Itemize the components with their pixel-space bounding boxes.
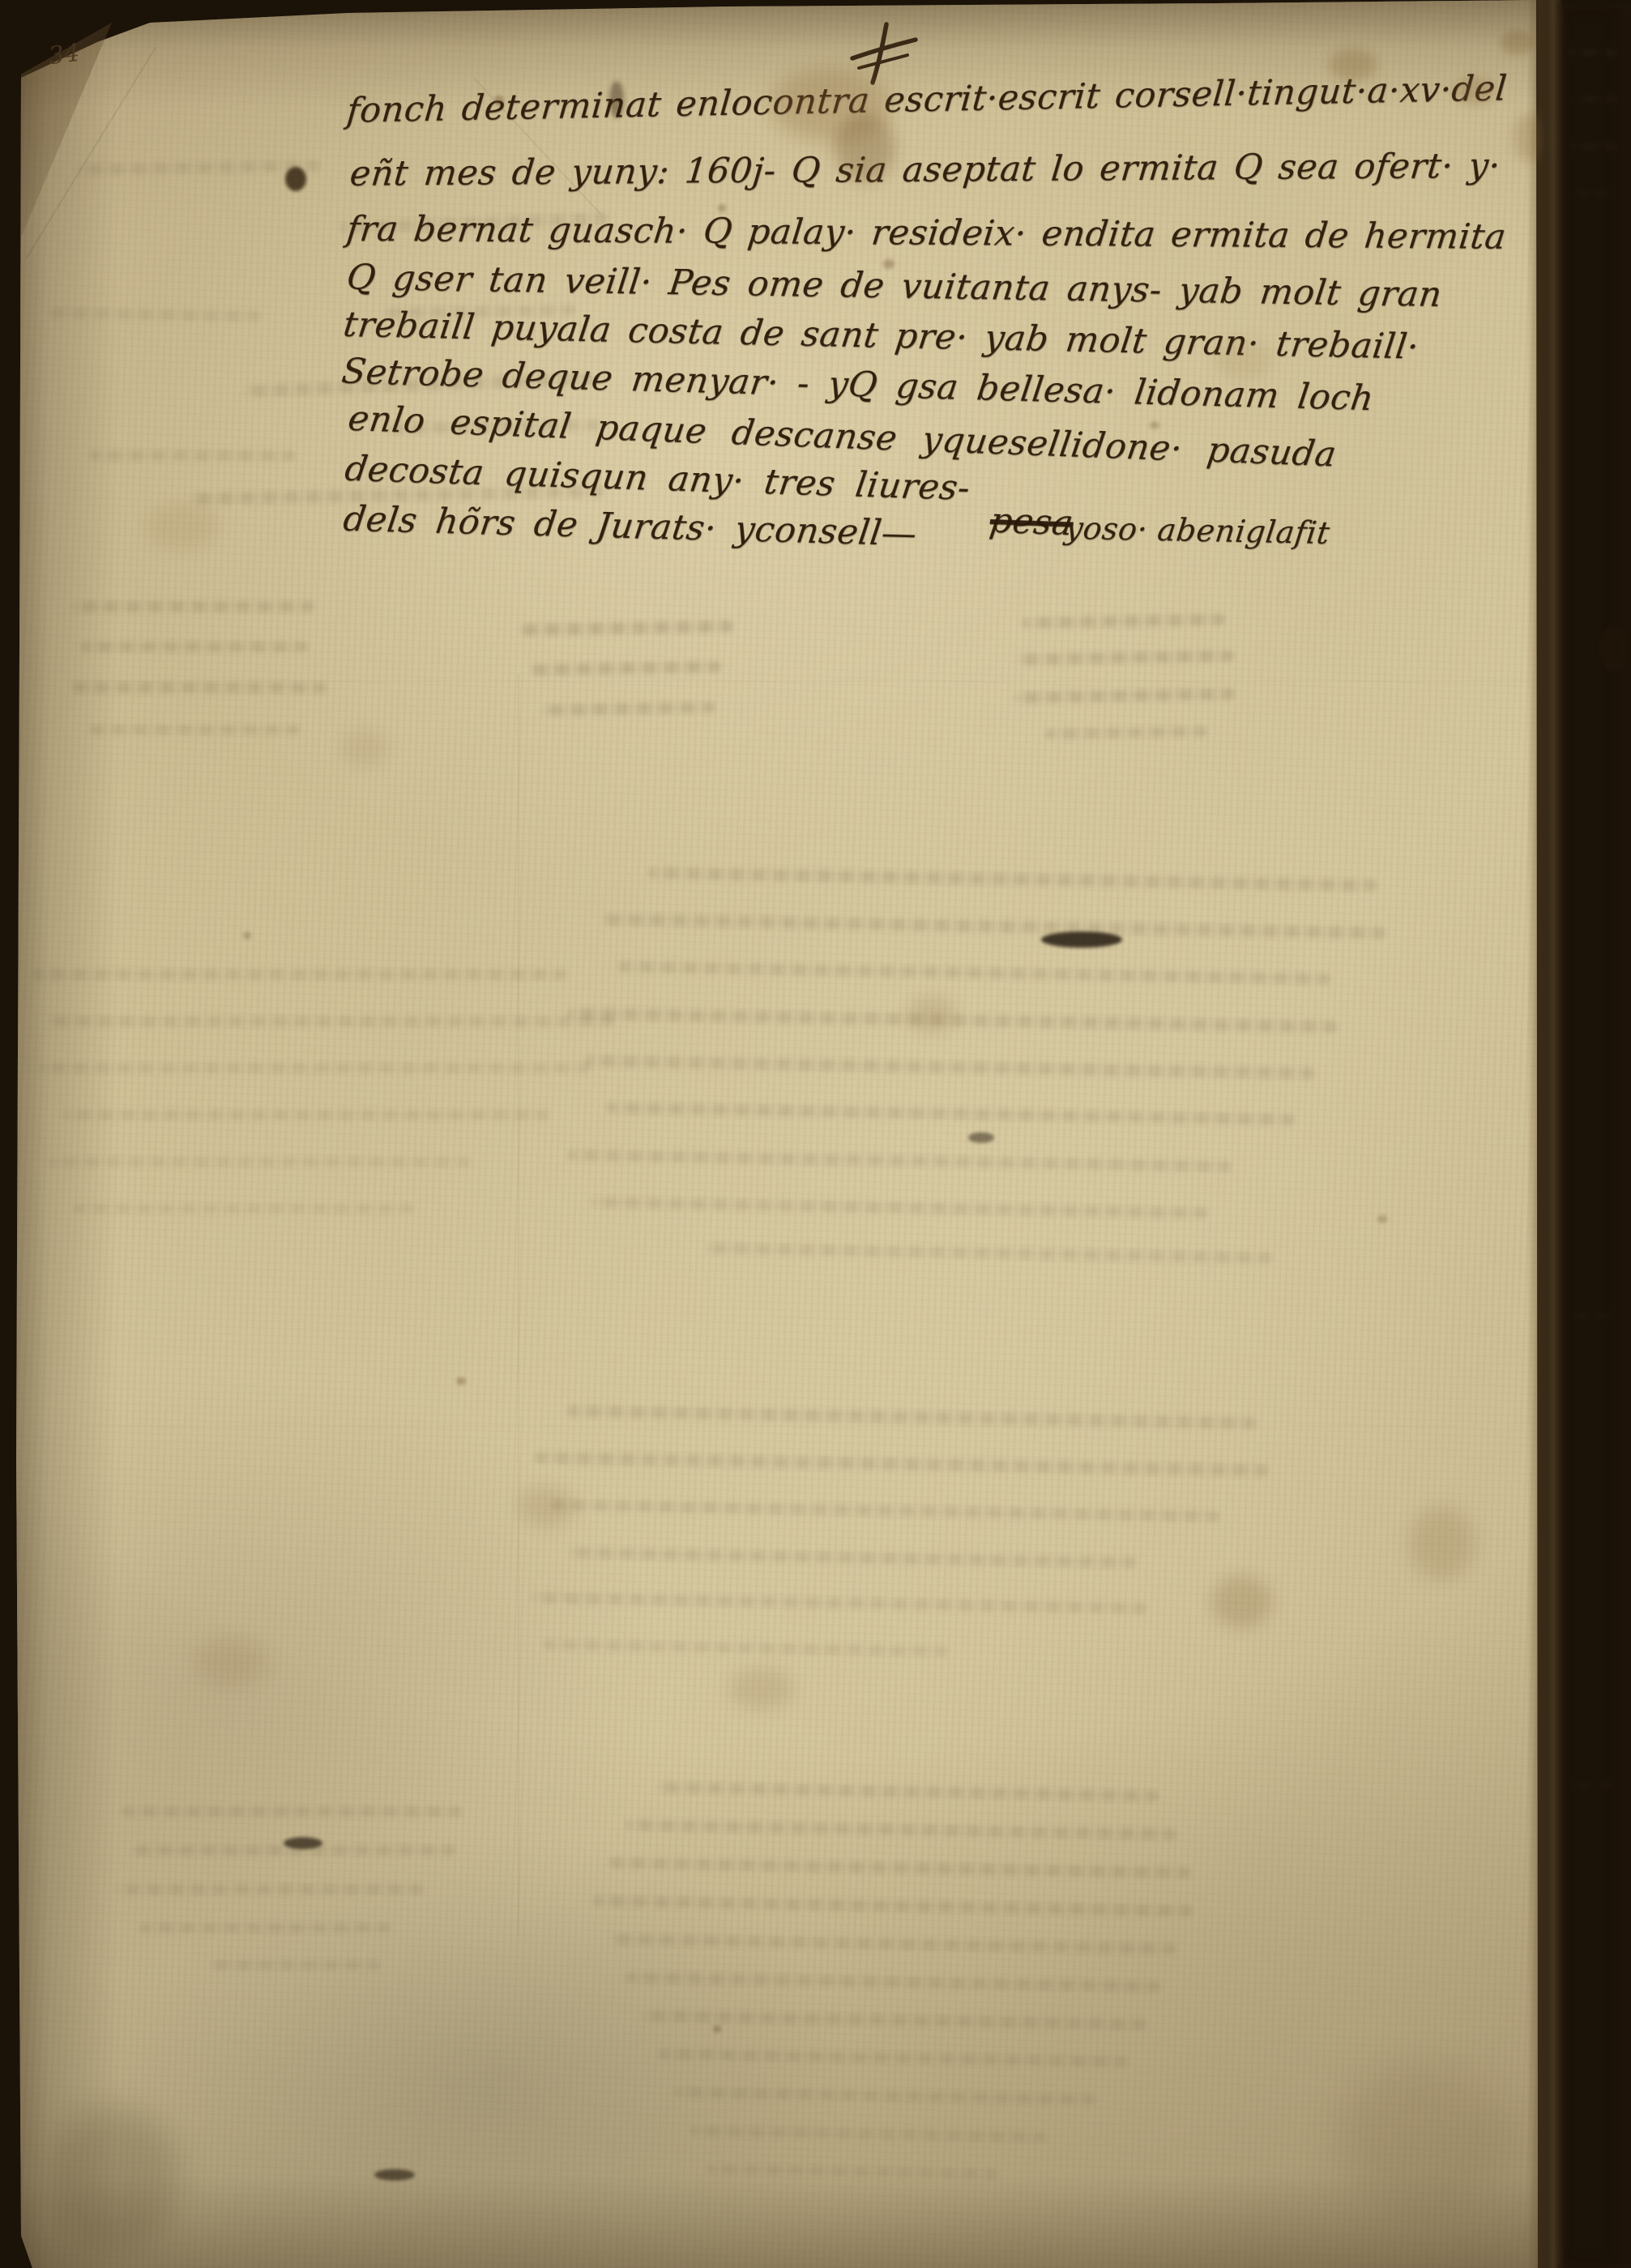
bleedthrough-line <box>81 642 308 652</box>
folio-number: 34 <box>47 39 81 70</box>
stain <box>1410 1507 1475 1579</box>
stain <box>729 1669 794 1709</box>
stain <box>146 502 219 551</box>
stain <box>340 729 389 765</box>
closing-signature: yoso· abeniglafit <box>1063 510 1332 551</box>
stain <box>1337 2065 1515 2211</box>
stain <box>284 1837 322 1849</box>
stain <box>907 996 956 1033</box>
bleedthrough-line <box>49 1157 470 1167</box>
bleedthrough-line <box>47 1016 614 1027</box>
stain <box>1041 932 1122 948</box>
bleedthrough-line <box>32 969 567 980</box>
stain <box>1215 340 1272 381</box>
bleedthrough-line <box>89 450 296 461</box>
stain <box>194 1636 267 1685</box>
stain <box>1211 1575 1272 1628</box>
stain <box>49 2106 178 2252</box>
stain <box>1377 1215 1387 1223</box>
stain <box>713 2025 721 2033</box>
bleedthrough-line <box>139 1923 391 1933</box>
manuscript-line: eñt mes de yuny: 160j- Q sia aseptat lo … <box>348 146 1502 194</box>
stain <box>835 113 895 182</box>
bleedthrough-line <box>88 725 300 735</box>
stain <box>494 96 504 105</box>
stain <box>1454 77 1495 105</box>
bleedthrough-line <box>39 1063 590 1073</box>
bleedthrough-line <box>211 1960 381 1970</box>
torn-notch <box>1599 625 1627 672</box>
bleedthrough-line <box>63 1110 549 1120</box>
manuscript-line: fra bernat guasch· Q palay· resideix· en… <box>344 209 1508 258</box>
stain <box>718 204 726 212</box>
bleedthrough-line <box>122 1806 462 1817</box>
bleedthrough-line <box>71 601 314 612</box>
adjacent-page-strip <box>1557 5 1631 2268</box>
bleedthrough-line <box>71 682 327 693</box>
stain <box>1150 421 1159 429</box>
stain <box>968 1132 994 1143</box>
stain <box>243 932 251 940</box>
bleedthrough-line <box>73 1204 413 1213</box>
stain <box>519 1486 575 1527</box>
stain <box>456 1377 466 1385</box>
struck-word: pesa <box>988 501 1077 544</box>
bleedthrough-line <box>115 1884 423 1895</box>
manuscript-scan: 34 fonch determinat enlocontra escrit·es… <box>0 0 1631 2268</box>
stain <box>285 167 306 191</box>
stain <box>883 259 894 269</box>
stain <box>1329 49 1377 81</box>
stain <box>374 2169 415 2181</box>
stain <box>609 81 624 118</box>
